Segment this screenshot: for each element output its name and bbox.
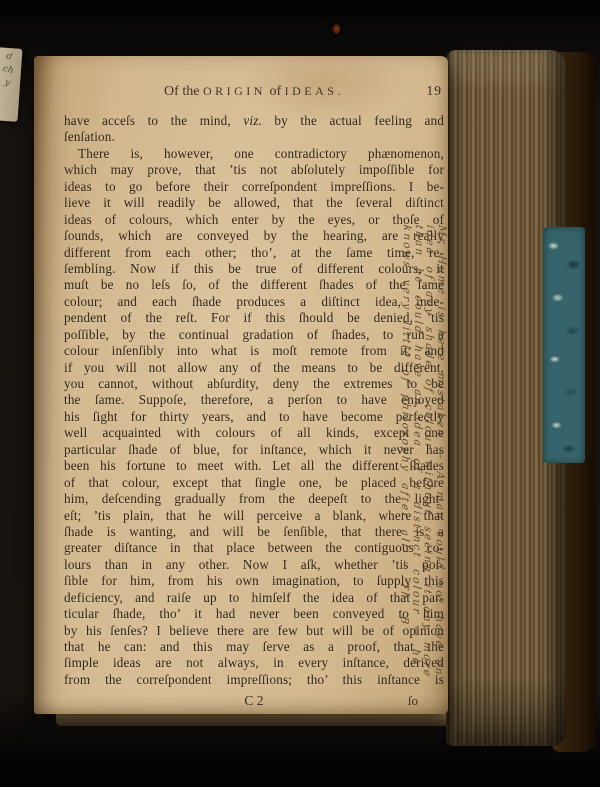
title-segment: Of the [164,84,203,99]
body-line: deficiency, and raiſe up to himſelf the … [64,590,444,606]
body-line: different from each other; tho’, at the … [64,245,444,261]
body-line: There is, however, one contradictory phæ… [64,146,444,162]
running-header: Of the Origin of Ideas. 19 [64,82,444,104]
body-line: been his fortune to meet with. Let all t… [64,458,444,474]
body-line: if you will not allow any of the means t… [64,360,444,376]
body-line: pendent of the reſt. For if this ſhould … [64,310,444,326]
body-line: of that colour, except that ſingle one, … [64,475,444,491]
body-line: greater diſtance in that place between t… [64,540,444,556]
marbled-endpaper [543,227,585,463]
photo-backdrop: dchy Of the Origin of Ideas. 19 have acc… [0,0,600,787]
body-line: his ſight for thirty years, and to have … [64,409,444,425]
body-line: ſhade is wanting, and will be ſenſible, … [64,524,444,540]
corner-scrap: dchy [0,47,23,122]
title-segment: Ideas. [285,84,344,98]
body-line: have acceſs to the mind, viz. by the act… [64,113,444,129]
body-line: ſenſation. [64,129,444,145]
body-line: lours than in any other. Now I aſk, whet… [64,557,444,573]
body-line: colour inſenſibly into what is moſt remo… [64,343,444,359]
signature-mark: C 2 [244,693,263,708]
body-line: which may prove, that ’tis not abſolutel… [64,162,444,178]
book-page: Of the Origin of Ideas. 19 have acceſs t… [34,56,448,714]
text-block: Of the Origin of Ideas. 19 have acceſs t… [64,82,444,711]
body-text: have acceſs to the mind, viz. by the act… [64,113,444,688]
marginalia-note: Mr Hume is here mistaken — A man could n… [396,225,447,722]
page-title: Of the Origin of Ideas. [164,82,344,99]
body-line: that he can: and this may ſerve as a pro… [64,639,444,655]
body-line: ſounds, which are conveyed by the hearin… [64,228,444,244]
body-line: ideas to go before their correſpondent i… [64,179,444,195]
body-line: eſt; ’tis plain, that he will perceive a… [64,508,444,524]
body-line: by his ſenſes? I believe there are few b… [64,623,444,639]
page-footer: C 2 ſo [64,693,444,711]
body-line: lieve it will readily be allowed, that t… [64,195,444,211]
body-line: well acquainted with colours of all kind… [64,425,444,441]
body-line: poſſible, by the continual gradation of … [64,327,444,343]
body-line: ideas of colours, which enter by the eye… [64,212,444,228]
body-line: the ſame. Suppoſe, therefore, a perſon t… [64,392,444,408]
body-line: particular ſhade of blue, for inſtance, … [64,442,444,458]
body-line: ſimple ideas are not always, in every in… [64,655,444,671]
body-line: ſible for him, from his own imagination,… [64,573,444,589]
body-line: ſembling. Now if this be true of differe… [64,261,444,277]
body-line: muſt be no leſs ſo, of the different ſha… [64,277,444,293]
body-line: him, deſcending gradually from the deepe… [64,491,444,507]
title-segment: Origin [203,84,266,98]
body-line: you cannot, without abſurdity, deny the … [64,376,444,392]
page-number: 19 [427,83,443,99]
body-line: colour; and each ſhade produces a diſtin… [64,294,444,310]
body-line: from the correſpondent impreſſions; tho’… [64,672,444,688]
red-speck [333,24,340,34]
title-segment: of [266,84,285,99]
body-line: ticular ſhade, tho’ it had never been co… [64,606,444,622]
